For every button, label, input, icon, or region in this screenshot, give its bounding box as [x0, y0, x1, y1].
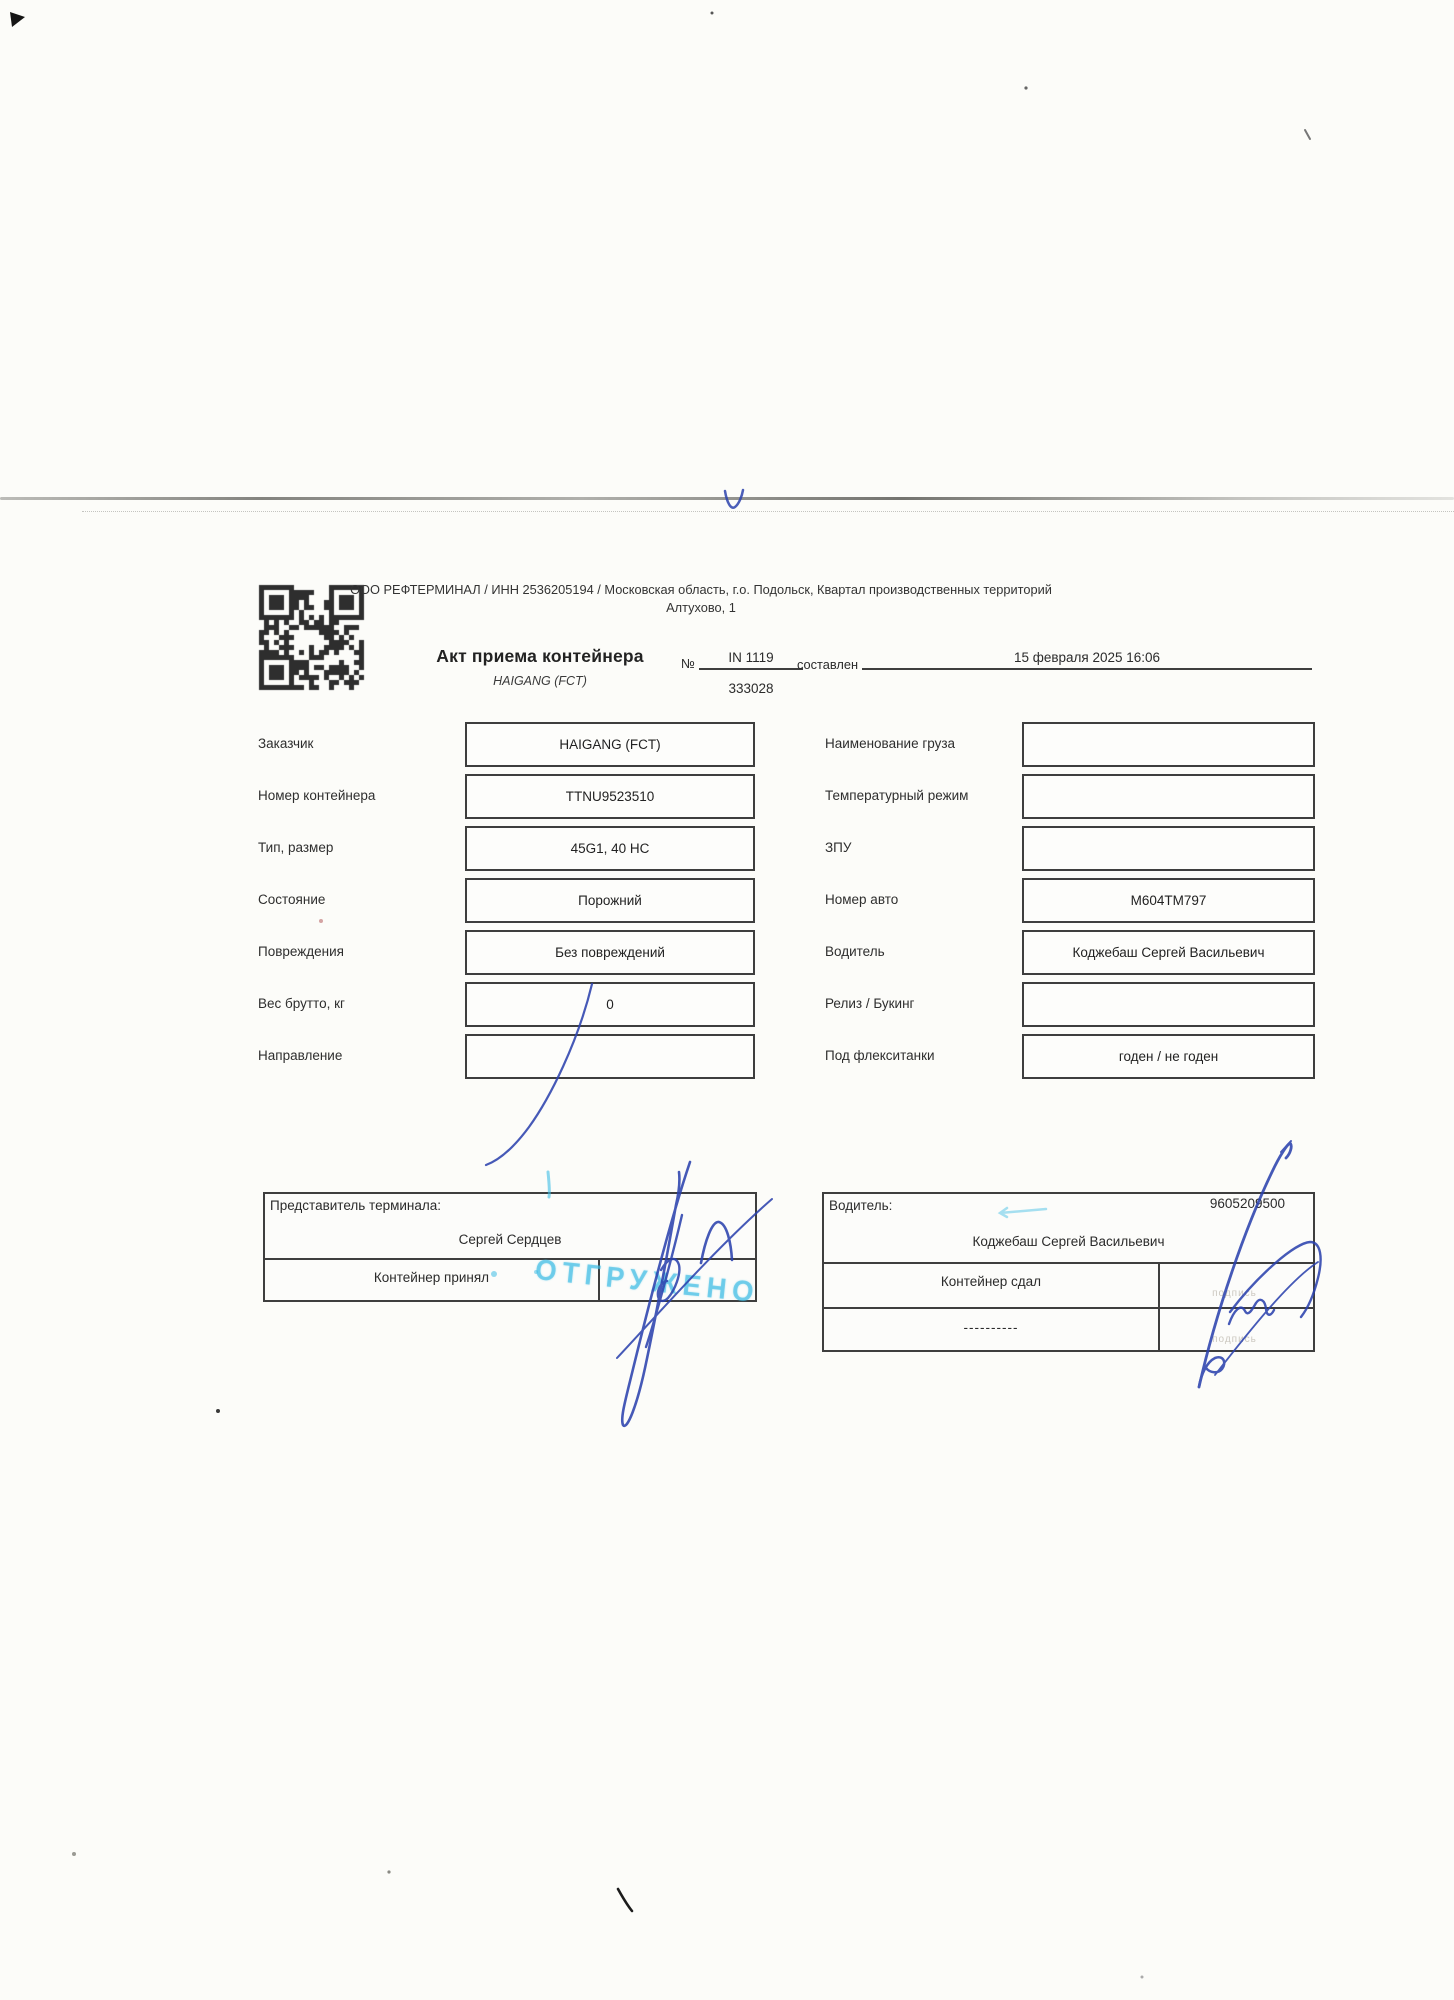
signature-hint: подпись: [1160, 1334, 1309, 1345]
doc-number-value: IN 1119: [699, 650, 803, 670]
driver-action-label: Контейнер сдал: [824, 1274, 1158, 1289]
org-header: ООО РЕФТЕРМИНАЛ / ИНН 2536205194 / Моско…: [330, 581, 1072, 617]
field-value-release-booking: [1022, 982, 1315, 1027]
field-label-release-booking: Релиз / Букинг: [825, 996, 914, 1011]
corner-mark: [10, 12, 25, 27]
field-label-driver: Водитель: [825, 944, 885, 959]
field-value-damages: Без повреждений: [465, 930, 755, 975]
terminal-title: Представитель терминала:: [270, 1198, 441, 1213]
field-label-truck-number: Номер авто: [825, 892, 898, 907]
field-label-seal: ЗПУ: [825, 840, 851, 855]
field-value-truck-number: М604ТМ797: [1022, 878, 1315, 923]
driver-phone: 9605209500: [1210, 1196, 1285, 1211]
field-value-driver: Коджебаш Сергей Васильевич: [1022, 930, 1315, 975]
doc-number-label: №: [681, 656, 695, 671]
table-divider: [824, 1262, 1313, 1264]
field-value-cargo-name: [1022, 722, 1315, 767]
field-label-type-size: Тип, размер: [258, 840, 333, 855]
field-label-flexitank: Под флекситанки: [825, 1048, 935, 1063]
driver-dashes: ----------: [824, 1320, 1158, 1335]
field-value-gross-weight: 0: [465, 982, 755, 1027]
pen-stray-mark: [618, 1889, 632, 1911]
title-block: Акт приема контейнера HAIGANG (FCT): [398, 646, 682, 688]
field-value-temperature-mode: [1022, 774, 1315, 819]
field-label-temperature-mode: Температурный режим: [825, 788, 968, 803]
field-label-container-number: Номер контейнера: [258, 788, 375, 803]
document-title: Акт приема контейнера: [398, 646, 682, 667]
org-header-line1: ООО РЕФТЕРМИНАЛ / ИНН 2536205194 / Моско…: [350, 582, 1052, 597]
field-value-state: Порожний: [465, 878, 755, 923]
scanned-document-page: ООО РЕФТЕРМИНАЛ / ИНН 2536205194 / Моско…: [0, 0, 1454, 2000]
field-value-seal: [1022, 826, 1315, 871]
field-value-direction: [465, 1034, 755, 1079]
doc-number-secondary: 333028: [699, 681, 803, 696]
driver-signature-table: Водитель: 9605209500 Коджебаш Сергей Вас…: [822, 1192, 1315, 1352]
field-value-flexitank: годен / не годен: [1022, 1034, 1315, 1079]
driver-title: Водитель:: [829, 1198, 892, 1213]
terminal-representative-name: Сергей Сердцев: [265, 1232, 755, 1247]
driver-name: Коджебаш Сергей Васильевич: [824, 1234, 1313, 1249]
field-label-direction: Направление: [258, 1048, 342, 1063]
field-value-zakazchik: HAIGANG (FCT): [465, 722, 755, 767]
field-label-zakazchik: Заказчик: [258, 736, 313, 751]
table-divider: [824, 1307, 1313, 1309]
field-value-container-number: TTNU9523510: [465, 774, 755, 819]
field-label-cargo-name: Наименование груза: [825, 736, 955, 751]
scan-artifact-line: [0, 497, 1454, 500]
document-subtitle: HAIGANG (FCT): [398, 674, 682, 688]
field-value-type-size: 45G1, 40 HC: [465, 826, 755, 871]
signature-hint: подпись: [1160, 1288, 1309, 1299]
composed-label: составлен: [797, 657, 858, 672]
org-header-line2: Алтухово, 1: [666, 600, 736, 615]
table-divider: [265, 1258, 755, 1260]
field-label-state: Состояние: [258, 892, 325, 907]
scan-artifact-dotted-line: [82, 511, 1454, 512]
field-label-damages: Повреждения: [258, 944, 344, 959]
field-label-gross-weight: Вес брутто, кг: [258, 996, 345, 1011]
composed-date: 15 февраля 2025 16:06: [862, 650, 1312, 670]
